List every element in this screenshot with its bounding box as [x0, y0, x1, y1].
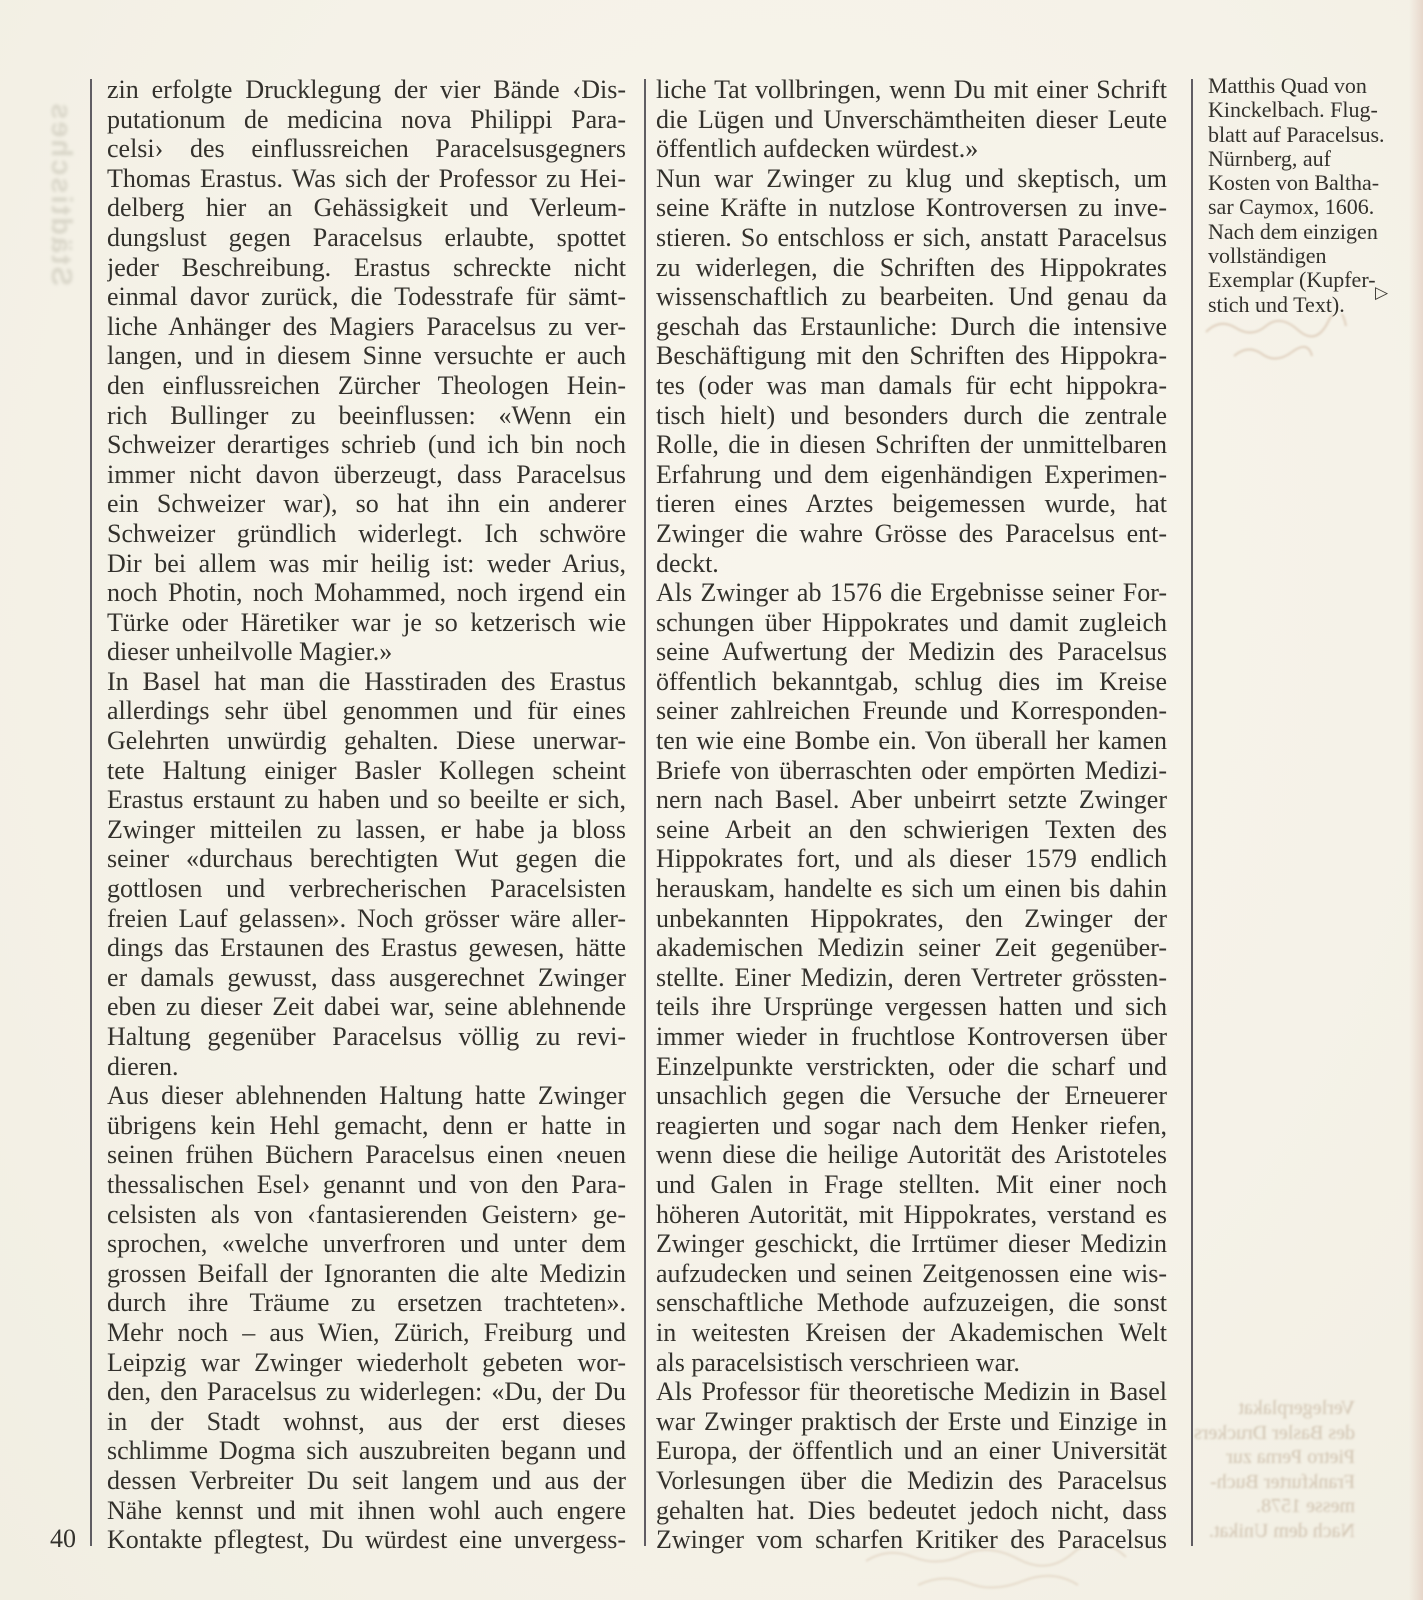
text-line: des Basler Druckers [1203, 1421, 1355, 1446]
text-line: dieren. [107, 1052, 626, 1082]
text-line: In Basel hat man die Hasstiraden des Era… [107, 667, 626, 697]
text-line: Kosten von Baltha- [1208, 171, 1403, 195]
text-line: reagierten und sogar nach dem Henker rie… [656, 1111, 1167, 1141]
text-line: ein Schweizer war), so hat ihn ein ander… [107, 489, 626, 519]
text-line: vollständigen [1208, 244, 1403, 268]
text-line: allerdings sehr übel genommen und für ei… [107, 696, 626, 726]
text-line: in weitesten Kreisen der Akademischen We… [656, 1318, 1167, 1348]
text-line: Nun war Zwinger zu klug und skeptisch, u… [656, 164, 1167, 194]
text-column-2: liche Tat vollbringen, wenn Du mit einer… [656, 75, 1167, 1555]
text-line: nern nach Basel. Aber unbeirrt setzte Zw… [656, 785, 1167, 815]
ghost-verso-caption: Verlegerplakatdes Basler DruckersPietro … [1203, 1396, 1355, 1543]
text-line: Verlegerplakat [1203, 1396, 1355, 1421]
text-line: sar Caymox, 1606. [1208, 195, 1403, 219]
text-line: übrigens kein Hehl gemacht, denn er hatt… [107, 1111, 626, 1141]
text-line: jeder Beschreibung. Erastus schreckte ni… [107, 253, 626, 283]
text-line: deckt. [656, 549, 1167, 579]
text-line: teils ihre Ursprünge vergessen hatten un… [656, 992, 1167, 1022]
text-line: und Galen in Frage stellten. Mit einer n… [656, 1170, 1167, 1200]
text-line: langen, und in diesem Sinne versuchte er… [107, 341, 626, 371]
text-line: Leipzig war Zwinger wiederholt gebeten w… [107, 1348, 626, 1378]
text-line: war Zwinger praktisch der Erste und Einz… [656, 1407, 1167, 1437]
text-line: Schweizer gründlich widerlegt. Ich schwö… [107, 519, 626, 549]
text-line: liche Tat vollbringen, wenn Du mit einer… [656, 75, 1167, 105]
text-line: Türke oder Häretiker war je so ketzerisc… [107, 608, 626, 638]
text-line: Aus dieser ablehnenden Haltung hatte Zwi… [107, 1081, 626, 1111]
text-line: einmal davor zurück, die Todesstrafe für… [107, 282, 626, 312]
text-line: noch Photin, noch Mohammed, noch irgend … [107, 578, 626, 608]
text-line: als paracelsistisch verschrieen war. [656, 1348, 1167, 1378]
ghost-handwriting-top [1200, 314, 1350, 370]
text-line: celsi› des einflussreichen Paracelsusgeg… [107, 134, 626, 164]
text-line: celsisten als von ‹fantasierenden Geiste… [107, 1200, 626, 1230]
text-line: Europa, der öffentlich und an einer Univ… [656, 1436, 1167, 1466]
text-line: delberg hier an Gehässigkeit und Verleum… [107, 193, 626, 223]
text-line: Zwinger die wahre Grösse des Paracelsus … [656, 519, 1167, 549]
text-line: seine Aufwertung der Medizin des Paracel… [656, 637, 1167, 667]
text-line: Zwinger mitteilen zu lassen, er habe ja … [107, 815, 626, 845]
text-line: wenn diese die heilige Autorität des Ari… [656, 1140, 1167, 1170]
text-line: Nähe kennst und mit ihnen wohl auch enge… [107, 1496, 626, 1526]
text-line: dings das Erstaunen des Erastus gewesen,… [107, 933, 626, 963]
text-line: geschah das Erstaunliche: Durch die inte… [656, 312, 1167, 342]
text-line: schungen über Hippokrates und damit zugl… [656, 608, 1167, 638]
text-line: gehalten hat. Dies bedeutet jedoch nicht… [656, 1496, 1167, 1526]
text-line: Thomas Erastus. Was sich der Professor z… [107, 164, 626, 194]
text-line: Frankfurter Buch- [1203, 1470, 1355, 1495]
text-line: seine Kräfte in nutzlose Kontroversen zu… [656, 193, 1167, 223]
text-line: öffentlich bekanntgab, schlug dies im Kr… [656, 667, 1167, 697]
text-line: Dir bei allem was mir heilig ist: weder … [107, 549, 626, 579]
text-line: gottlosen und verbrecherischen Paracelsi… [107, 874, 626, 904]
text-line: liche Anhänger des Magiers Paracelsus zu… [107, 312, 626, 342]
text-line: stieren. So entschloss er sich, anstatt … [656, 223, 1167, 253]
text-line: Rolle, die in diesen Schriften der unmit… [656, 430, 1167, 460]
text-line: tisch hielt) und besonders durch die zen… [656, 401, 1167, 431]
text-line: den, den Paracelsus zu widerlegen: «Du, … [107, 1377, 626, 1407]
text-line: herauskam, handelte es sich um einen bis… [656, 874, 1167, 904]
text-line: sprochen, «welche unverfroren und unter … [107, 1229, 626, 1259]
text-line: Hippokrates fort, und als dieser 1579 en… [656, 844, 1167, 874]
text-line: tete Haltung einiger Basler Kollegen sch… [107, 756, 626, 786]
text-line: er damals gewusst, dass ausgerechnet Zwi… [107, 963, 626, 993]
caption-pointer-triangle: ▷ [1375, 283, 1388, 303]
text-line: unsachlich gegen die Versuche der Erneue… [656, 1081, 1167, 1111]
text-line: Kinckelbach. Flug- [1208, 98, 1403, 122]
text-line: aufzudecken und seinen Zeitgenossen eine… [656, 1259, 1167, 1289]
text-line: höheren Autorität, mit Hippokrates, vers… [656, 1200, 1167, 1230]
text-line: seiner zahlreichen Freunde und Korrespon… [656, 696, 1167, 726]
text-line: blatt auf Paracelsus. [1208, 123, 1403, 147]
text-line: seinen frühen Büchern Paracelsus einen ‹… [107, 1140, 626, 1170]
text-line: Einzelpunkte verstrickten, oder die scha… [656, 1052, 1167, 1082]
text-line: Haltung gegenüber Paracelsus völlig zu r… [107, 1022, 626, 1052]
text-line: zu widerlegen, die Schriften des Hippokr… [656, 253, 1167, 283]
page-edge-shadow [1409, 0, 1423, 1600]
text-line: Zwinger geschickt, die Irrtümer dieser M… [656, 1229, 1167, 1259]
text-line: dieser unheilvolle Magier.» [107, 637, 626, 667]
column-rule-middle [644, 79, 646, 1546]
text-line: thessalischen Esel› genannt und von den … [107, 1170, 626, 1200]
ghost-spine-label: Städtisches [44, 76, 77, 286]
text-line: Kontakte pflegtest, Du würdest eine unve… [107, 1525, 626, 1555]
text-line: in der Stadt wohnst, aus der erst dieses [107, 1407, 626, 1437]
text-line: öffentlich aufdecken würdest.» [656, 134, 1167, 164]
text-line: schlimme Dogma sich auszubreiten begann … [107, 1436, 626, 1466]
text-line: unbekannten Hippokrates, den Zwinger der [656, 904, 1167, 934]
text-line: Beschäftigung mit den Schriften des Hipp… [656, 341, 1167, 371]
text-line: Als Professor für theoretische Medizin i… [656, 1377, 1167, 1407]
ghost-handwriting-bottom [858, 1545, 1148, 1597]
page-number: 40 [30, 1524, 76, 1554]
text-line: rich Bullinger zu beeinflussen: «Wenn ei… [107, 401, 626, 431]
text-line: tes (oder was man damals für echt hippok… [656, 371, 1167, 401]
magazine-page: Städtisches zin erfolgte Drucklegung der… [0, 0, 1423, 1600]
text-line: dungslust gegen Paracelsus erlaubte, spo… [107, 223, 626, 253]
text-line: Schweizer derartiges schrieb (und ich bi… [107, 430, 626, 460]
text-line: Erastus erstaunt zu haben und so beeilte… [107, 785, 626, 815]
text-line: den einflussreichen Zürcher Theologen He… [107, 371, 626, 401]
margin-caption: Matthis Quad vonKinckelbach. Flug-blatt … [1208, 74, 1403, 317]
text-line: Matthis Quad von [1208, 74, 1403, 98]
text-line: Nach dem einzigen [1208, 220, 1403, 244]
text-column-1: zin erfolgte Drucklegung der vier Bände … [107, 75, 626, 1555]
text-line: seine Arbeit an den schwierigen Texten d… [656, 815, 1167, 845]
text-line: eben zu dieser Zeit dabei war, seine abl… [107, 992, 626, 1022]
text-line: Briefe von überraschten oder empörten Me… [656, 756, 1167, 786]
text-line: Vorlesungen über die Medizin des Paracel… [656, 1466, 1167, 1496]
text-line: immer nicht davon überzeugt, dass Parace… [107, 460, 626, 490]
text-line: messe 1578. [1203, 1494, 1355, 1519]
text-line: stellte. Einer Medizin, deren Vertreter … [656, 963, 1167, 993]
text-line: Gelehrten unwürdig gehalten. Diese unerw… [107, 726, 626, 756]
text-line: Nach dem Unikat. [1203, 1519, 1355, 1544]
text-line: ten wie eine Bombe ein. Von überall her … [656, 726, 1167, 756]
text-line: durch ihre Träume zu ersetzen trachteten… [107, 1288, 626, 1318]
text-line: Erfahrung und dem eigenhändigen Experime… [656, 460, 1167, 490]
column-rule-right [1191, 79, 1193, 1546]
text-line: Pietro Perna zur [1203, 1445, 1355, 1470]
text-line: tieren eines Arztes beigemessen wurde, h… [656, 489, 1167, 519]
text-line: grossen Beifall der Ignoranten die alte … [107, 1259, 626, 1289]
text-line: die Lügen und Unverschämtheiten dieser L… [656, 105, 1167, 135]
text-line: putationum de medicina nova Philippi Par… [107, 105, 626, 135]
text-line: freien Lauf gelassen». Noch grösser wäre… [107, 904, 626, 934]
text-line: immer wieder in fruchtlose Kontroversen … [656, 1022, 1167, 1052]
column-rule-left [90, 79, 92, 1546]
text-line: wissenschaftlich zu bearbeiten. Und gena… [656, 282, 1167, 312]
text-line: senschaftliche Methode aufzuzeigen, die … [656, 1288, 1167, 1318]
text-line: Als Zwinger ab 1576 die Ergebnisse seine… [656, 578, 1167, 608]
text-line: Nürnberg, auf [1208, 147, 1403, 171]
text-line: dessen Verbreiter Du seit langem und aus… [107, 1466, 626, 1496]
text-line: Exemplar (Kupfer- [1208, 268, 1403, 292]
text-line: akademischen Medizin seiner Zeit gegenüb… [656, 933, 1167, 963]
text-line: zin erfolgte Drucklegung der vier Bände … [107, 75, 626, 105]
text-line: seiner «durchaus berechtigten Wut gegen … [107, 844, 626, 874]
text-line: Mehr noch – aus Wien, Zürich, Freiburg u… [107, 1318, 626, 1348]
